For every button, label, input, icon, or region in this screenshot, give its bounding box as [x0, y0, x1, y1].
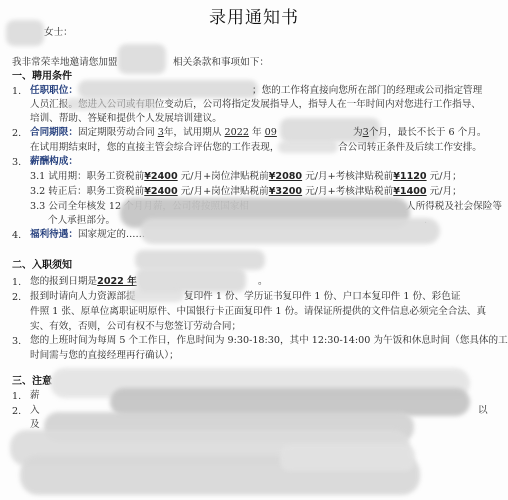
- label-contract: 合同期限：: [30, 127, 78, 138]
- probation-assessment-allowance: ¥1120: [393, 171, 426, 182]
- item-number: 2.: [12, 292, 21, 303]
- item-number: 1.: [12, 277, 21, 288]
- redaction-partial: [66, 98, 158, 110]
- text: 元/月+考核津贴税前: [305, 171, 393, 182]
- text: 元/月+岗位津贴税前: [181, 186, 269, 197]
- salary-heading: 薪酬构成：: [30, 155, 78, 169]
- probation-year: 2022: [225, 127, 249, 138]
- section-heading-onboarding: 二、入职须知: [12, 259, 72, 273]
- position-line-3: 培训、帮助、答疑和提供个人发展培训建议。: [30, 112, 222, 126]
- redaction-position: [78, 80, 258, 98]
- contract-line-2-right: 合公司转正条件及后续工作安排。: [338, 141, 482, 155]
- position-text-right: ；您的工作将直接向您所在部门的经理或公司指定管理: [252, 84, 482, 98]
- work-hours-line-1: 您的上班时间为每周 5 个工作日，作息时间为 9:30-18:30，其中 12:…: [30, 334, 508, 348]
- text: 年，试用期从: [164, 127, 222, 138]
- text: 个月，最长不长于 6 个月。: [369, 127, 487, 138]
- redaction-scribble: [280, 445, 415, 471]
- salary-note-right: 人所得税及社会保险等: [406, 200, 502, 214]
- intro-text-right: 相关条款和事项如下：: [173, 56, 269, 70]
- section-heading-employment: 一、聘用条件: [12, 70, 72, 84]
- redaction-partial: [128, 288, 184, 302]
- regular-post-allowance: ¥3200: [269, 186, 302, 197]
- report-date-line: 您的报到日期是2022 年: [30, 275, 137, 289]
- text: 固定期限劳动合同: [78, 127, 155, 138]
- redaction-partial: [278, 141, 338, 153]
- text: 3.2 转正后：职务工资税前: [30, 186, 144, 197]
- label-benefits: 福利待遇：: [30, 229, 78, 240]
- item-number: 3.: [12, 336, 21, 347]
- salary-probation: 3.1 试用期：职务工资税前¥2400 元/月+岗位津贴税前¥2080 元/月+…: [30, 170, 462, 184]
- text: 您的报到日期是: [30, 276, 97, 287]
- section-heading-notes: 三、注意: [12, 375, 52, 389]
- documents-line-3: 实、有效，否则，公司有权不与您签订劳动合同；: [30, 320, 241, 334]
- redaction-company: [118, 44, 166, 74]
- notes-item-1: 薪: [30, 389, 40, 403]
- report-year: 2022 年: [97, 276, 137, 287]
- regular-base-pay: ¥2400: [144, 186, 177, 197]
- notes-item-2: 入: [30, 404, 40, 418]
- salutation: 女士：: [44, 26, 73, 40]
- redaction-name: [6, 20, 44, 46]
- document-title: 录用通知书: [0, 3, 508, 28]
- redaction-partial: [135, 250, 265, 270]
- text: 元/月；: [430, 186, 462, 197]
- text: 3.1 试用期：职务工资税前: [30, 171, 144, 182]
- probation-base-pay: ¥2400: [144, 171, 177, 182]
- contract-line-1-right: 为3个月，最长不长于 6 个月。: [353, 126, 486, 140]
- offer-letter-page: 录用通知书 女士： 我非常荣幸地邀请您加盟 相关条款和事项如下： 一、聘用条件 …: [0, 0, 508, 500]
- work-hours-line-2: 时间需与您的直接经理再行确认）；: [30, 349, 179, 363]
- probation-post-allowance: ¥2080: [269, 171, 302, 182]
- documents-line-1-left: 报到时请向人力资源部提: [30, 290, 136, 304]
- item-number: 4.: [12, 230, 21, 241]
- regular-assessment-allowance: ¥1400: [393, 186, 426, 197]
- label-position: 任职职位：: [30, 85, 78, 96]
- position-line-1: 任职职位：: [30, 84, 78, 98]
- salary-regular: 3.2 转正后：职务工资税前¥2400 元/月+岗位津贴税前¥3200 元/月+…: [30, 185, 462, 199]
- text: 元/月；: [430, 171, 462, 182]
- report-date-end: 。: [258, 275, 268, 289]
- contract-line-1: 合同期限：固定期限劳动合同 3年，试用期从 2022 年 09: [30, 126, 277, 140]
- label-salary: 薪酬构成：: [30, 156, 78, 167]
- text: 为: [353, 127, 363, 138]
- item-number: 3.: [12, 157, 21, 168]
- intro-text-left: 我非常荣幸地邀请您加盟: [12, 56, 118, 70]
- item-number: 2.: [12, 406, 21, 417]
- item-number: 1.: [12, 86, 21, 97]
- text: 元/月+岗位津贴税前: [181, 171, 269, 182]
- item-number: 2.: [12, 128, 21, 139]
- salary-note-line-2: 个人承担部分。: [48, 214, 115, 228]
- item-number: 1.: [12, 391, 21, 402]
- text: 年: [252, 127, 262, 138]
- documents-line-1-right: 复印件 1 份、学历证书复印件 1 份、户口本复印件 1 份、彩色证: [184, 290, 460, 304]
- documents-line-2: 件照 1 张、原单位离职证明原件、中国银行卡正面复印件 1 份。请保证所提供的文…: [30, 305, 486, 319]
- contract-line-2-left: 在试用期结束时，您的直接主管会综合评估您的工作表现，: [30, 141, 279, 155]
- benefits-line: 福利待遇：国家规定的……: [30, 228, 145, 242]
- text: 元/月+考核津贴税前: [305, 186, 393, 197]
- redaction-benefits: [140, 218, 440, 244]
- text: 国家规定的……: [78, 229, 145, 240]
- notes-item-2-end: 以: [478, 404, 488, 418]
- probation-month: 09: [265, 127, 277, 138]
